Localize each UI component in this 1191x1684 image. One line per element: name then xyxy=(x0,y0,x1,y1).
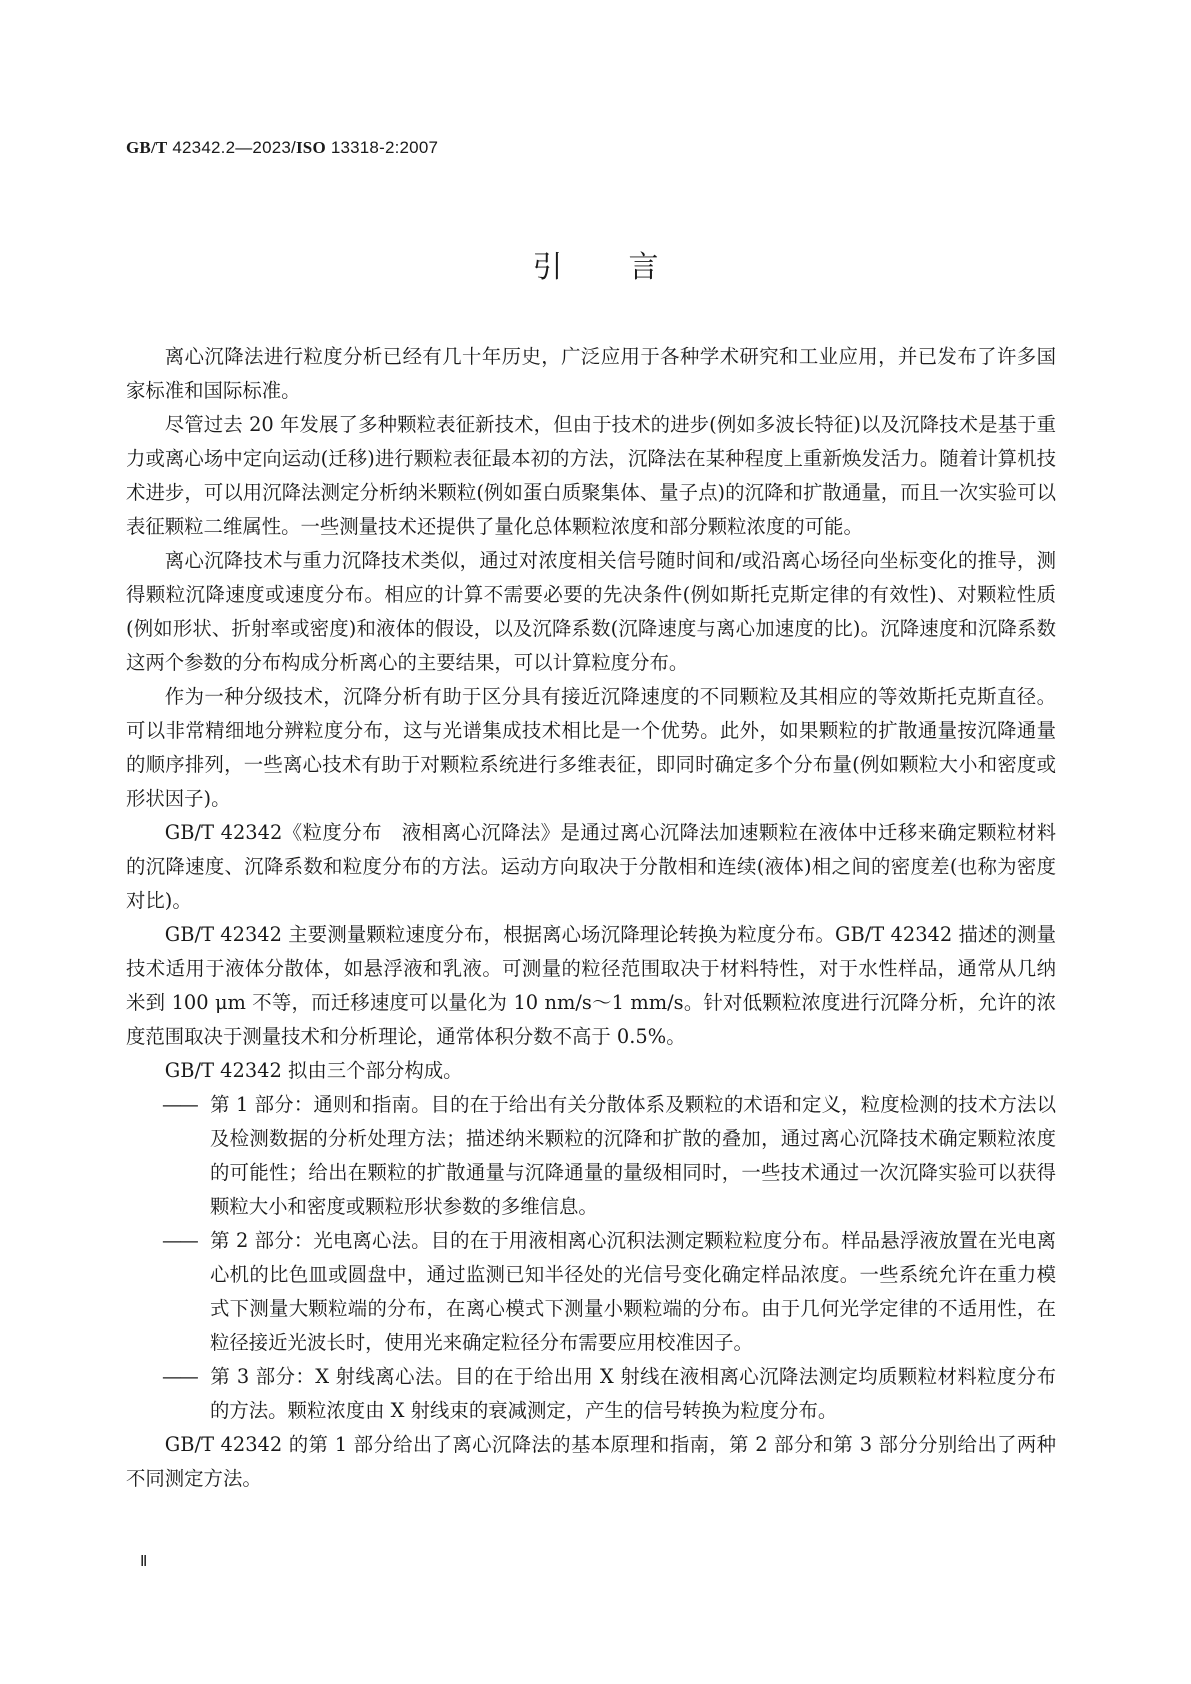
document-header: GB/T 42342.2—2023/ISO 13318-2:2007 xyxy=(126,138,438,158)
title-char-2: 言 xyxy=(629,242,659,286)
paragraph-measurement-scope: GB/T 42342 主要测量颗粒速度分布，根据离心场沉降理论转换为粒度分布。G… xyxy=(126,918,1056,1054)
title-char-1: 引 xyxy=(533,242,563,286)
dash-marker: —— xyxy=(162,1224,210,1258)
iso-number: 13318-2:2007 xyxy=(331,138,438,157)
list-item-part-2: ——第 2 部分：光电离心法。目的在于用液相离心沉积法测定颗粒粒度分布。样品悬浮… xyxy=(126,1224,1056,1360)
paragraph-fractionation: 作为一种分级技术，沉降分析有助于区分具有接近沉降速度的不同颗粒及其相应的等效斯托… xyxy=(126,680,1056,816)
paragraph-closing: GB/T 42342 的第 1 部分给出了离心沉降法的基本原理和指南，第 2 部… xyxy=(126,1428,1056,1496)
list-item-part-3: ——第 3 部分：X 射线离心法。目的在于给出用 X 射线在液相离心沉降法测定均… xyxy=(126,1360,1056,1428)
standard-prefix: GB/T xyxy=(126,138,167,157)
page-number: Ⅱ xyxy=(140,1552,147,1571)
list-item-text: 第 3 部分：X 射线离心法。目的在于给出用 X 射线在液相离心沉降法测定均质颗… xyxy=(210,1365,1056,1422)
paragraph-structure-intro: GB/T 42342 拟由三个部分构成。 xyxy=(126,1054,1056,1088)
dash-marker: —— xyxy=(162,1088,210,1122)
list-item-text: 第 1 部分：通则和指南。目的在于给出有关分散体系及颗粒的术语和定义，粒度检测的… xyxy=(210,1093,1056,1218)
standard-number: 42342.2—2023/ xyxy=(172,138,296,157)
paragraph-standard-definition: GB/T 42342《粒度分布 液相离心沉降法》是通过离心沉降法加速颗粒在液体中… xyxy=(126,816,1056,918)
iso-prefix: ISO xyxy=(296,138,326,157)
list-item-part-1: ——第 1 部分：通则和指南。目的在于给出有关分散体系及颗粒的术语和定义，粒度检… xyxy=(126,1088,1056,1224)
paragraph-centrifugal-sedimentation: 离心沉降技术与重力沉降技术类似，通过对浓度相关信号随时间和/或沿离心场径向坐标变… xyxy=(126,544,1056,680)
paragraph-new-techniques: 尽管过去 20 年发展了多种颗粒表征新技术，但由于技术的进步(例如多波长特征)以… xyxy=(126,408,1056,544)
paragraph-history: 离心沉降法进行粒度分析已经有几十年历史，广泛应用于各种学术研究和工业应用，并已发… xyxy=(126,340,1056,408)
list-item-text: 第 2 部分：光电离心法。目的在于用液相离心沉积法测定颗粒粒度分布。样品悬浮液放… xyxy=(210,1229,1056,1354)
document-body: 离心沉降法进行粒度分析已经有几十年历史，广泛应用于各种学术研究和工业应用，并已发… xyxy=(126,340,1056,1496)
page-title: 引言 xyxy=(0,242,1191,286)
dash-marker: —— xyxy=(162,1360,210,1394)
